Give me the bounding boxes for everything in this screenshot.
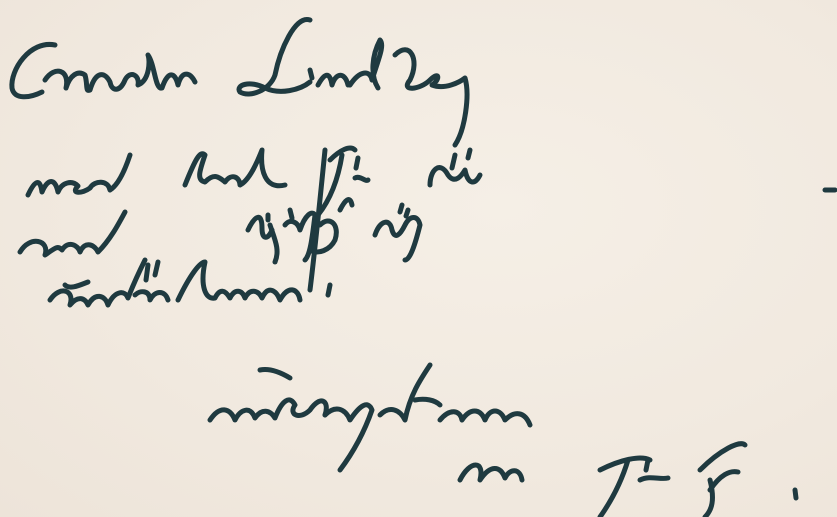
line-1-strokes (12, 20, 467, 145)
line-2-strokes (28, 148, 835, 215)
line-6-strokes (460, 444, 796, 517)
line-5-strokes (210, 365, 530, 470)
handwritten-page: Carolus Lindberg med tack för vär- dead … (0, 0, 837, 517)
handwriting-strokes (0, 0, 837, 517)
line-3-strokes (20, 200, 420, 262)
